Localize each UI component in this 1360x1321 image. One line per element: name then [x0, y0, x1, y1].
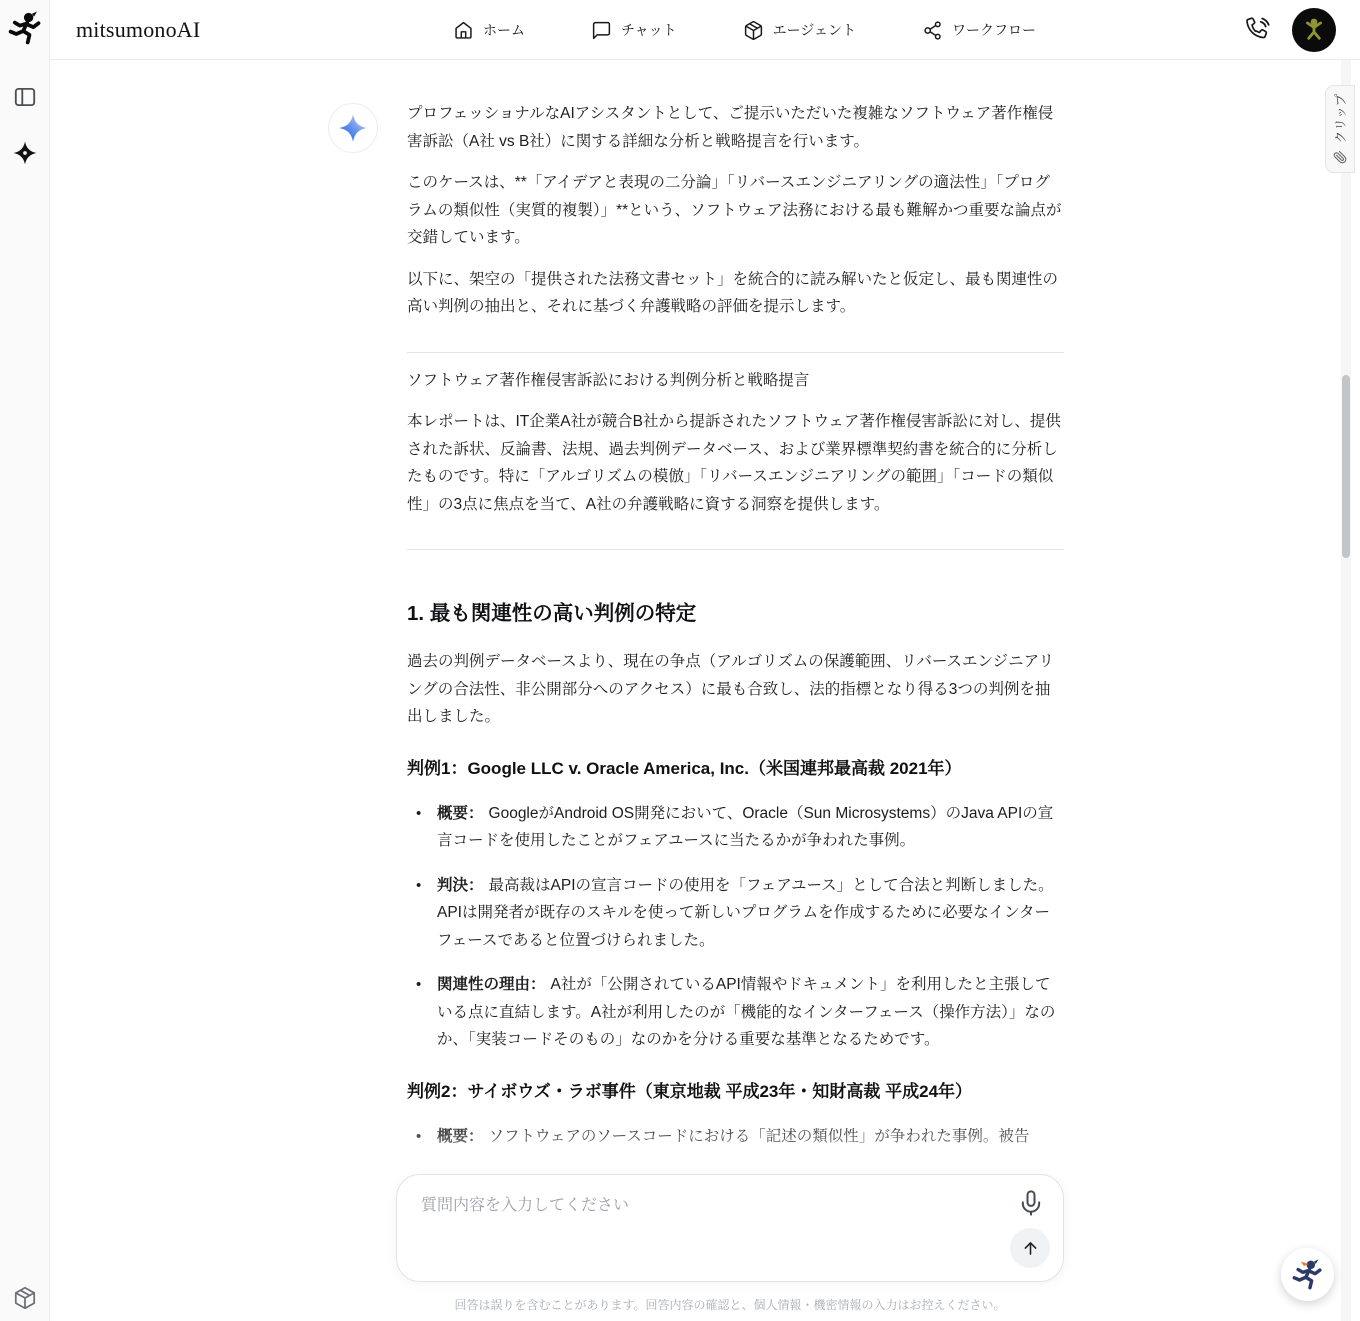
case1-bullet-list: 概要：GoogleがAndroid OS開発において、Oracle（Sun Mi…: [407, 800, 1064, 1054]
nav-agent-label: エージェント: [773, 20, 856, 40]
sandbox-cube-icon[interactable]: [12, 1285, 38, 1311]
chat-input-box[interactable]: [396, 1174, 1064, 1282]
new-chat-sparkle-icon[interactable]: [12, 140, 38, 166]
bullet-text: ソフトウェアのソースコードにおける「記述の類似性」が争われた事例。被告: [489, 1128, 1030, 1145]
disclaimer-text: 回答は誤りを含むことがあります。回答内容の確認と、個人情報・機密情報の入力はお控…: [396, 1296, 1064, 1313]
bullet-label: 判決：: [437, 877, 484, 894]
voice-call-icon[interactable]: [1244, 17, 1270, 43]
case1-heading: 判例1：Google LLC v. Oracle America, Inc.（米…: [407, 753, 1064, 784]
chat-bubble-icon: [591, 20, 612, 41]
list-item: 関連性の理由：A社が「公開されているAPI情報やドキュメント」を利用したと主張し…: [407, 971, 1064, 1054]
microphone-icon[interactable]: [1017, 1189, 1045, 1217]
list-item: 概要：ソフトウェアのソースコードにおける「記述の類似性」が争われた事例。被告: [407, 1123, 1064, 1151]
nav-workflow[interactable]: ワークフロー: [922, 20, 1036, 41]
nav-chat[interactable]: チャット: [591, 20, 677, 41]
chat-message-area: プロフェッショナルなAIアシスタントとして、ご提示いただいた複雑なソフトウェア著…: [50, 60, 1360, 1321]
bullet-label: 概要：: [437, 1128, 484, 1145]
assistant-message: プロフェッショナルなAIアシスタントとして、ご提示いただいた複雑なソフトウェア著…: [407, 100, 1064, 1167]
assistant-sparkle-icon: [338, 113, 368, 143]
report-body: 本レポートは、IT企業A社が競合B社から提訴されたソフトウェア著作権侵害訴訟に対…: [407, 408, 1064, 518]
clip-side-tab[interactable]: クリップ: [1325, 85, 1355, 173]
ninja-mascot-icon: [1291, 1258, 1324, 1291]
agent-package-icon: [743, 20, 764, 41]
main-nav: ホーム チャット エージェント ワークフロー: [453, 0, 1036, 60]
divider: [407, 352, 1064, 353]
app-title: mitsumonoAI: [76, 17, 200, 43]
nav-home-label: ホーム: [483, 20, 525, 40]
clip-tab-label: クリップ: [1331, 94, 1349, 144]
chat-input[interactable]: [421, 1190, 991, 1222]
sidebar-toggle-panel-icon[interactable]: [12, 84, 38, 110]
bullet-text: GoogleがAndroid OS開発において、Oracle（Sun Micro…: [437, 805, 1053, 850]
top-header: mitsumonoAI ホーム チャット エージェント: [50, 0, 1360, 60]
list-item: 判決：最高裁はAPIの宣言コードの使用を「フェアユース」として合法と判断しました…: [407, 872, 1064, 955]
send-button[interactable]: [1010, 1228, 1050, 1268]
left-sidebar: [0, 0, 50, 1321]
list-item: 概要：GoogleがAndroid OS開発において、Oracle（Sun Mi…: [407, 800, 1064, 855]
section-intro: 過去の判例データベースより、現在の争点（アルゴリズムの保護範囲、リバースエンジニ…: [407, 648, 1064, 731]
case2-bullet-list: 概要：ソフトウェアのソースコードにおける「記述の類似性」が争われた事例。被告: [407, 1123, 1064, 1151]
home-icon: [453, 20, 474, 41]
mascot-assistant-button[interactable]: [1281, 1248, 1334, 1301]
scrollbar-track[interactable]: [1341, 60, 1351, 1321]
nav-home[interactable]: ホーム: [453, 20, 525, 41]
report-title: ソフトウェア著作権侵害訴訟における判例分析と戦略提言: [407, 367, 1064, 395]
intro-paragraph: このケースは、**「アイデアと表現の二分論」「リバースエンジニアリングの適法性」…: [407, 169, 1064, 252]
nav-chat-label: チャット: [621, 20, 677, 40]
section-heading: 1. 最も関連性の高い判例の特定: [407, 600, 1064, 628]
assistant-avatar: [328, 103, 378, 153]
nav-agent[interactable]: エージェント: [743, 20, 856, 41]
divider: [407, 549, 1064, 550]
case2-heading: 判例2：サイボウズ・ラボ事件（東京地裁 平成23年・知財高裁 平成24年）: [407, 1076, 1064, 1107]
workflow-share-icon: [922, 20, 943, 41]
avatar-ninja-figure: [1299, 15, 1329, 45]
nav-workflow-label: ワークフロー: [952, 20, 1036, 40]
intro-paragraph: 以下に、架空の「提供された法務文書セット」を統合的に読み解いたと仮定し、最も関連…: [407, 266, 1064, 321]
scrollbar-thumb[interactable]: [1342, 375, 1350, 558]
app-logo-ninja-icon[interactable]: [7, 7, 43, 51]
user-avatar[interactable]: [1292, 8, 1336, 52]
intro-paragraph: プロフェッショナルなAIアシスタントとして、ご提示いただいた複雑なソフトウェア著…: [407, 100, 1064, 155]
bullet-label: 関連性の理由：: [437, 976, 546, 993]
bullet-text: 最高裁はAPIの宣言コードの使用を「フェアユース」として合法と判断しました。AP…: [437, 877, 1054, 949]
header-right-controls: [1244, 0, 1336, 60]
bullet-label: 概要：: [437, 805, 484, 822]
paperclip-icon: [1333, 150, 1347, 164]
arrow-up-icon: [1021, 1239, 1040, 1258]
